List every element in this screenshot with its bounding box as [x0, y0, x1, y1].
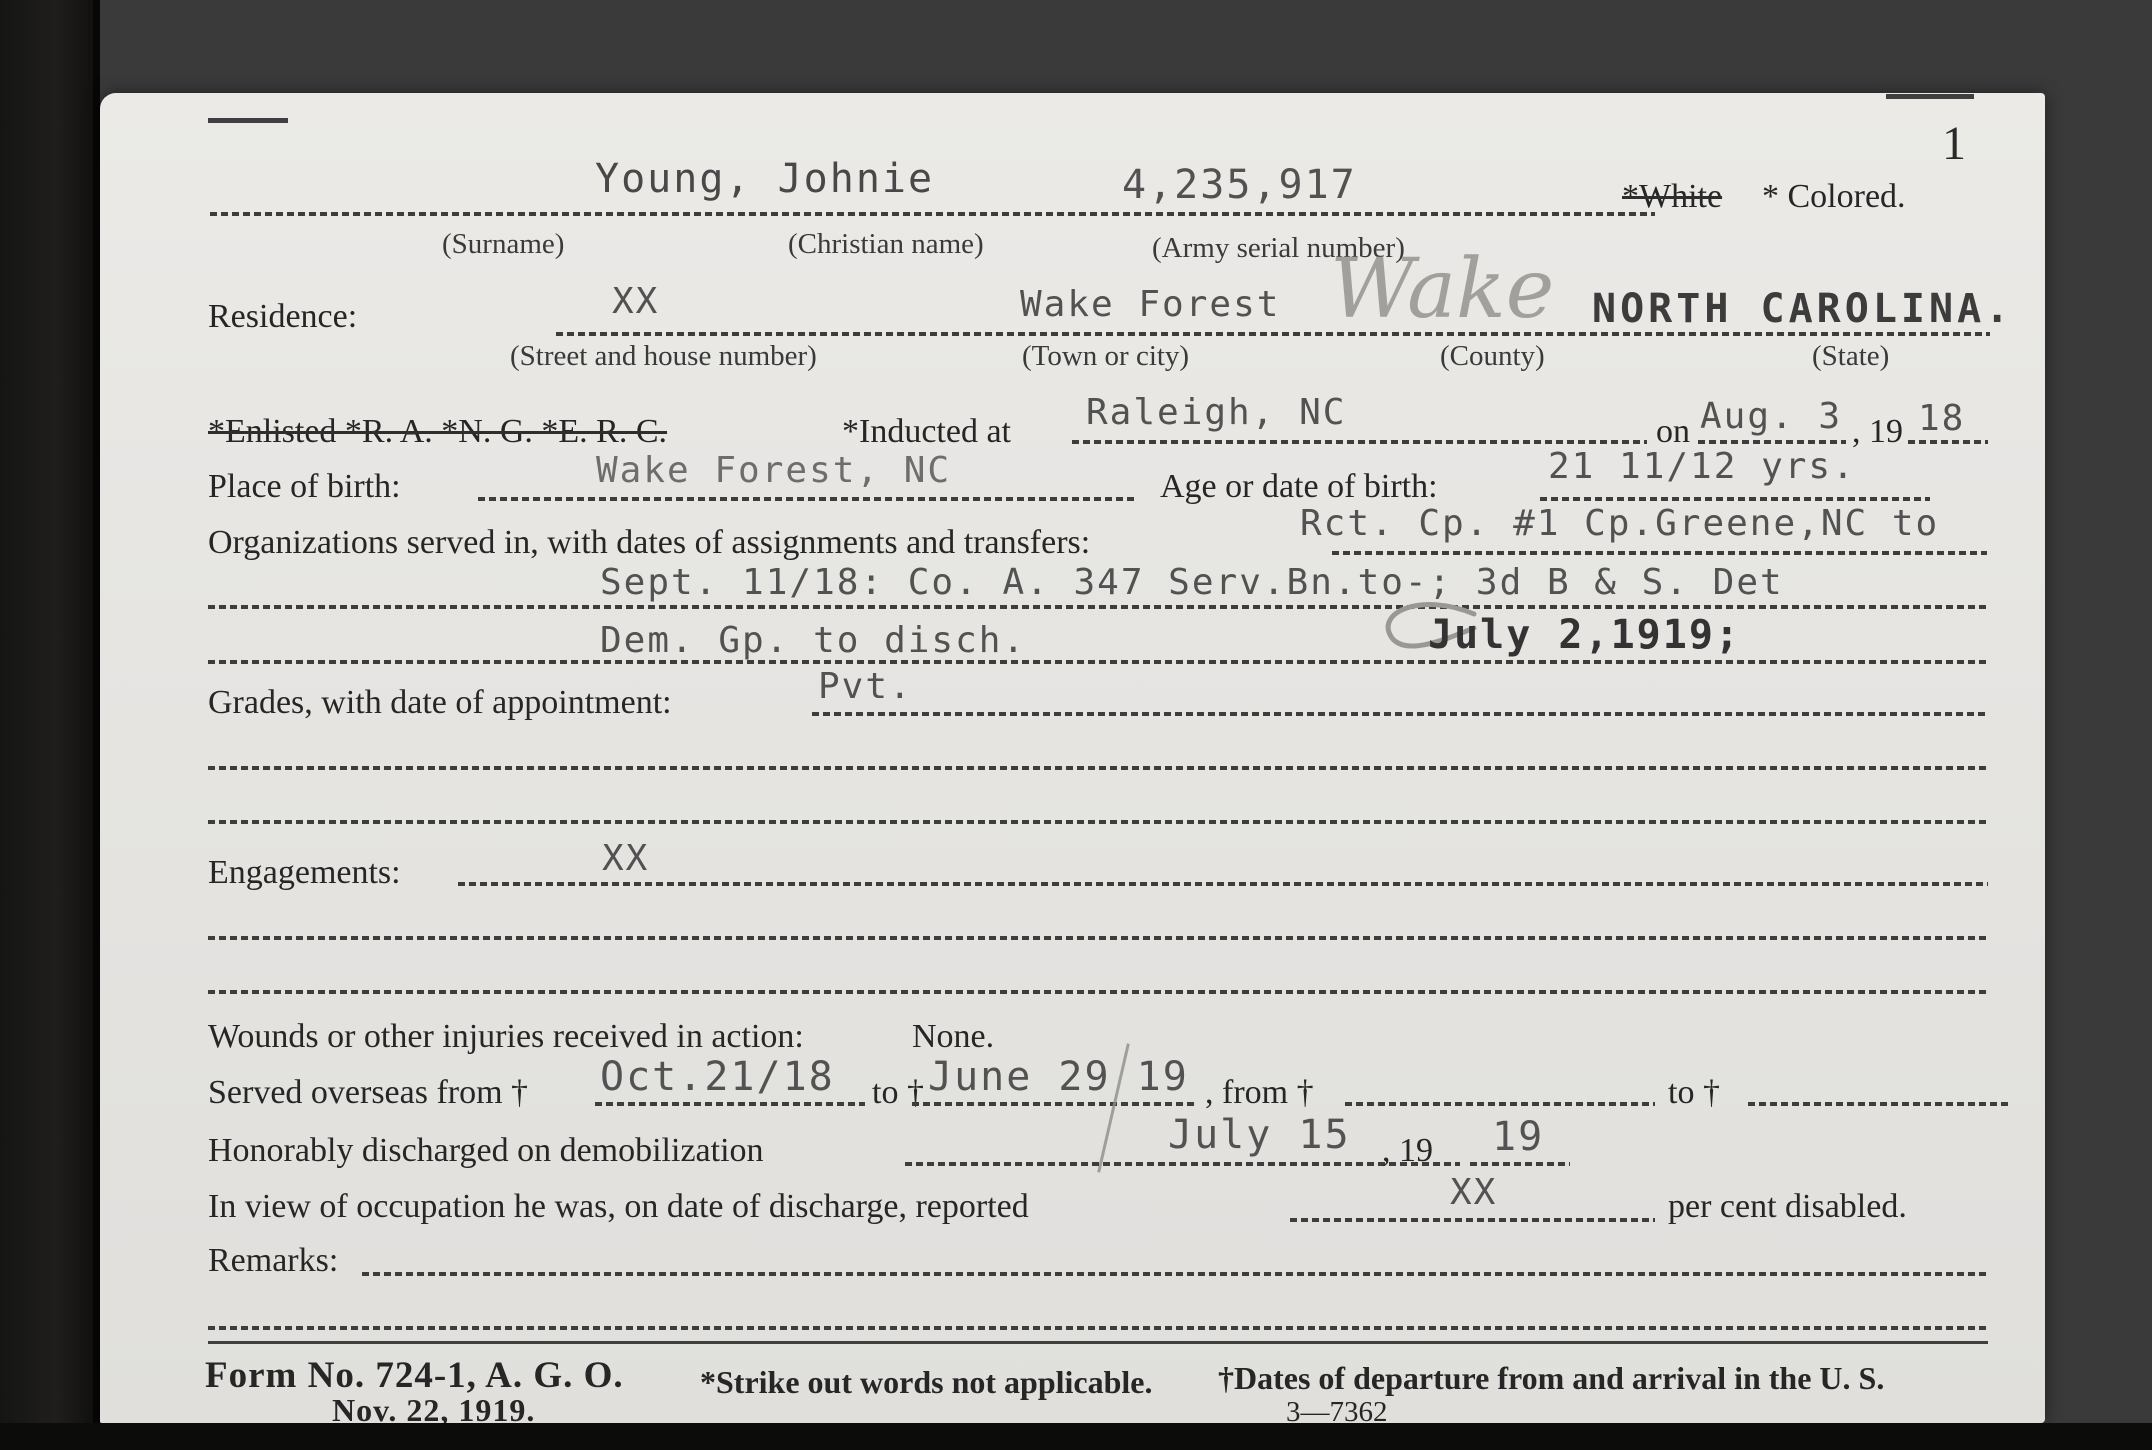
dotted-line — [1748, 1102, 2010, 1106]
dotted-line — [1698, 440, 1846, 444]
engagements-label: Engagements: — [208, 854, 401, 892]
label-town: (Town or city) — [1022, 340, 1189, 373]
place-of-birth-value: Wake Forest, NC — [596, 450, 951, 491]
dotted-line — [1470, 1162, 1570, 1166]
organizations-label: Organizations served in, with dates of a… — [208, 524, 1090, 562]
residence-street-value: XX — [612, 281, 659, 322]
overseas-to1-value: June 29 19 — [928, 1054, 1189, 1100]
wounds-value: None. — [912, 1018, 994, 1056]
dotted-line — [208, 605, 1988, 609]
discharge-label: Honorably discharged on demobilization — [208, 1132, 764, 1170]
remarks-label: Remarks: — [208, 1242, 338, 1280]
scan-bottom-border — [0, 1423, 2152, 1450]
discharge-year-value: 19 — [1492, 1114, 1544, 1160]
dotted-line — [1072, 440, 1647, 444]
top-right-mark — [1886, 94, 1974, 99]
label-county: (County) — [1440, 340, 1545, 373]
organizations-line1-value: Rct. Cp. #1 Cp.Greene,NC to — [1300, 503, 1939, 544]
overseas-to-label: to † — [872, 1074, 924, 1112]
organizations-line2-value: Sept. 11/18: Co. A. 347 Serv.Bn.to-; 3d … — [600, 562, 1784, 603]
label-christian-name: (Christian name) — [788, 228, 984, 261]
dotted-line — [812, 712, 1987, 716]
dotted-line — [595, 1102, 865, 1106]
dotted-line — [210, 212, 1655, 216]
dotted-line — [208, 936, 1988, 940]
footer-rule — [208, 1341, 1988, 1344]
top-left-mark — [208, 118, 288, 123]
dotted-line — [1332, 551, 1987, 555]
overseas-to2-label: to † — [1668, 1074, 1720, 1112]
page-number: 1 — [1942, 116, 1966, 171]
grades-label: Grades, with date of appointment: — [208, 684, 672, 722]
dotted-line — [208, 990, 1988, 994]
dotted-line — [905, 1162, 1460, 1166]
induction-date-value: Aug. 3 — [1700, 396, 1842, 437]
dotted-line — [478, 497, 1138, 501]
scanned-page: 1 Young, Johnie 4,235,917 *White * Color… — [0, 0, 2152, 1450]
year-prefix: , 19 — [1852, 413, 1903, 451]
wounds-label: Wounds or other injuries received in act… — [208, 1018, 804, 1056]
label-surname: (Surname) — [442, 228, 564, 261]
discharge-year-prefix: , 19 — [1382, 1132, 1433, 1170]
overseas-from2-label: , from † — [1205, 1074, 1314, 1112]
dotted-line — [1345, 1102, 1655, 1106]
dotted-line — [458, 882, 1988, 886]
residence-town-value: Wake Forest — [1020, 284, 1280, 325]
age-value: 21 11/12 yrs. — [1548, 446, 1856, 487]
dotted-line — [362, 1272, 1987, 1276]
race-colored: * Colored. — [1762, 178, 1906, 216]
disability-label: In view of occupation he was, on date of… — [208, 1188, 1029, 1226]
field-name-value: Young, Johnie — [595, 156, 934, 202]
race-white-struck: *White — [1622, 178, 1722, 215]
dotted-line — [912, 1102, 1197, 1106]
residence-county-handwritten: Wake — [1330, 242, 1554, 337]
residence-label: Residence: — [208, 298, 357, 336]
scan-left-border — [0, 0, 100, 1450]
dotted-line — [208, 820, 1988, 824]
dotted-line — [1290, 1218, 1655, 1222]
organizations-line3-value: Dem. Gp. to disch. — [600, 620, 1026, 661]
disability-value: XX — [1450, 1172, 1497, 1213]
footnote-strike-out: *Strike out words not applicable. — [700, 1364, 1152, 1401]
residence-state-value: NORTH CAROLINA. — [1592, 286, 2013, 332]
organizations-line3-date: July 2,1919; — [1428, 612, 1741, 658]
overseas-from-label: Served overseas from † — [208, 1074, 528, 1112]
induction-year-value: 18 — [1918, 398, 1965, 439]
overseas-from1-value: Oct.21/18 — [600, 1054, 835, 1100]
dotted-line — [208, 766, 1988, 770]
grades-value: Pvt. — [818, 666, 913, 707]
dotted-line — [1540, 497, 1930, 501]
form-number: Form No. 724-1, A. G. O. — [205, 1354, 624, 1397]
dotted-line — [208, 1326, 1988, 1330]
field-serial-value: 4,235,917 — [1122, 162, 1357, 208]
inducted-at-value: Raleigh, NC — [1086, 392, 1346, 433]
dotted-line — [1908, 440, 1988, 444]
enlistment-options-struck: *Enlisted *R. A. *N. G. *E. R. C. — [208, 413, 667, 450]
dotted-line — [556, 332, 1990, 336]
age-label: Age or date of birth: — [1160, 468, 1438, 506]
dotted-line — [208, 660, 1988, 664]
inducted-at-label: *Inducted at — [842, 413, 1011, 451]
label-state: (State) — [1812, 340, 1889, 373]
footnote-dates: †Dates of departure from and arrival in … — [1218, 1360, 1884, 1397]
disability-suffix: per cent disabled. — [1668, 1188, 1907, 1226]
engagements-value: XX — [602, 838, 649, 879]
label-street: (Street and house number) — [510, 340, 817, 373]
discharge-date-value: July 15 — [1168, 1112, 1351, 1158]
place-of-birth-label: Place of birth: — [208, 468, 401, 506]
